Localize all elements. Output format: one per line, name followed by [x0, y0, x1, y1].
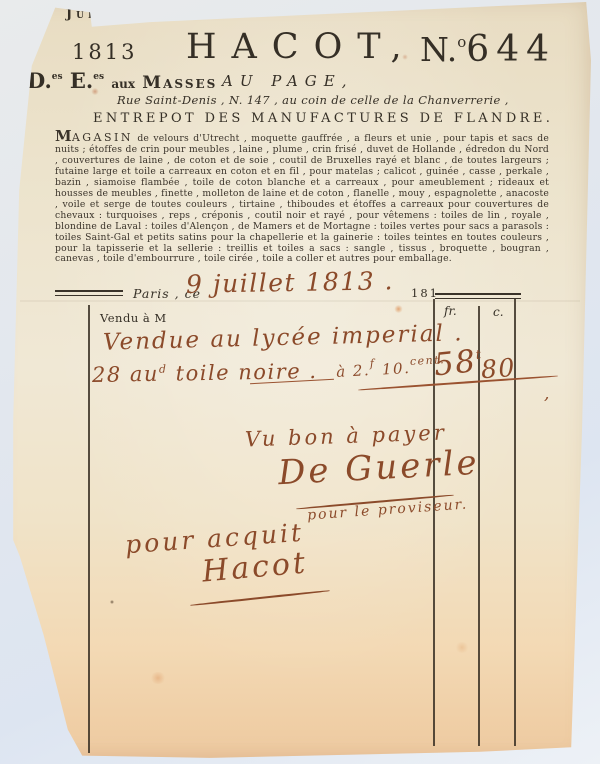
dept-d: D.	[27, 68, 52, 93]
price-value: à 2.	[336, 361, 371, 381]
price-cents-value: 10.	[375, 359, 411, 379]
catalog-lead-initial: M	[55, 127, 72, 145]
catalog-paragraph: Magasin de velours d'Utrecht , moquette …	[55, 131, 549, 265]
foxing-spot	[455, 642, 469, 653]
month-stamp: Juillet	[66, 7, 138, 22]
subtitle-line: ENTREPOT DES MANUFACTURES DE FLANDRE.	[93, 111, 553, 126]
shop-sign: AU PAGE,	[222, 72, 354, 90]
amount-francs: 58t	[432, 343, 485, 384]
ink-speck	[110, 600, 114, 604]
merchant-name: HACOT,	[186, 27, 417, 67]
dept-e: E.	[70, 68, 93, 93]
dept-aux: aux	[111, 77, 135, 91]
entry-line-2: 28 aud toile noire .	[92, 359, 318, 387]
invoice-number-value: 644	[466, 29, 556, 70]
flourish-comma: ,	[544, 384, 551, 404]
sold-to-label: Vendu à M	[100, 311, 167, 325]
dept-d-sup: es	[52, 72, 63, 82]
invoice-number-sup: o	[457, 33, 466, 51]
dept-masses: Masses	[142, 73, 217, 93]
year-stamp: 1813	[72, 40, 137, 64]
photo-background: Juillet 1813 HACOT, N.o644 D.es E.es aux…	[0, 0, 600, 764]
foxing-spot	[394, 305, 403, 313]
invoice-number: N.o644	[420, 29, 556, 70]
description-border-line	[88, 305, 90, 753]
date-handwritten: 9 juillet 1813 .	[186, 266, 394, 299]
column-header-cents: c.	[493, 305, 504, 319]
payer-signature: De Guerle	[277, 443, 480, 493]
foxing-spot	[150, 672, 166, 684]
entry-quantity-sup: d	[159, 363, 168, 376]
column-header-francs: fr.	[444, 304, 457, 318]
catalog-text: de velours d'Utrecht , moquette gauffrée…	[55, 133, 549, 264]
merchant-signature-flourish	[190, 590, 329, 606]
left-rule-ornament	[55, 290, 123, 296]
entry-line-1: Vendue au lycée imperial .	[103, 320, 464, 355]
document-paper: Juillet 1813 HACOT, N.o644 D.es E.es aux…	[0, 0, 600, 764]
invoice-number-prefix: N.	[420, 30, 457, 69]
column-top-rule	[435, 293, 521, 299]
foxing-spot	[402, 54, 408, 60]
entry-unit-price: à 2.f 10.cent.	[335, 353, 445, 381]
paper-crease	[20, 300, 580, 302]
department-line: D.es E.es aux Masses	[27, 68, 217, 93]
amount-francs-value: 58	[432, 343, 478, 383]
dept-e-sup: es	[93, 72, 104, 82]
entry-quantity: 28 au	[92, 362, 159, 387]
foxing-spot	[91, 88, 99, 95]
address-line: Rue Saint-Denis , N. 147 , au coin de ce…	[117, 93, 509, 107]
catalog-lead-rest: agasin	[72, 131, 133, 144]
